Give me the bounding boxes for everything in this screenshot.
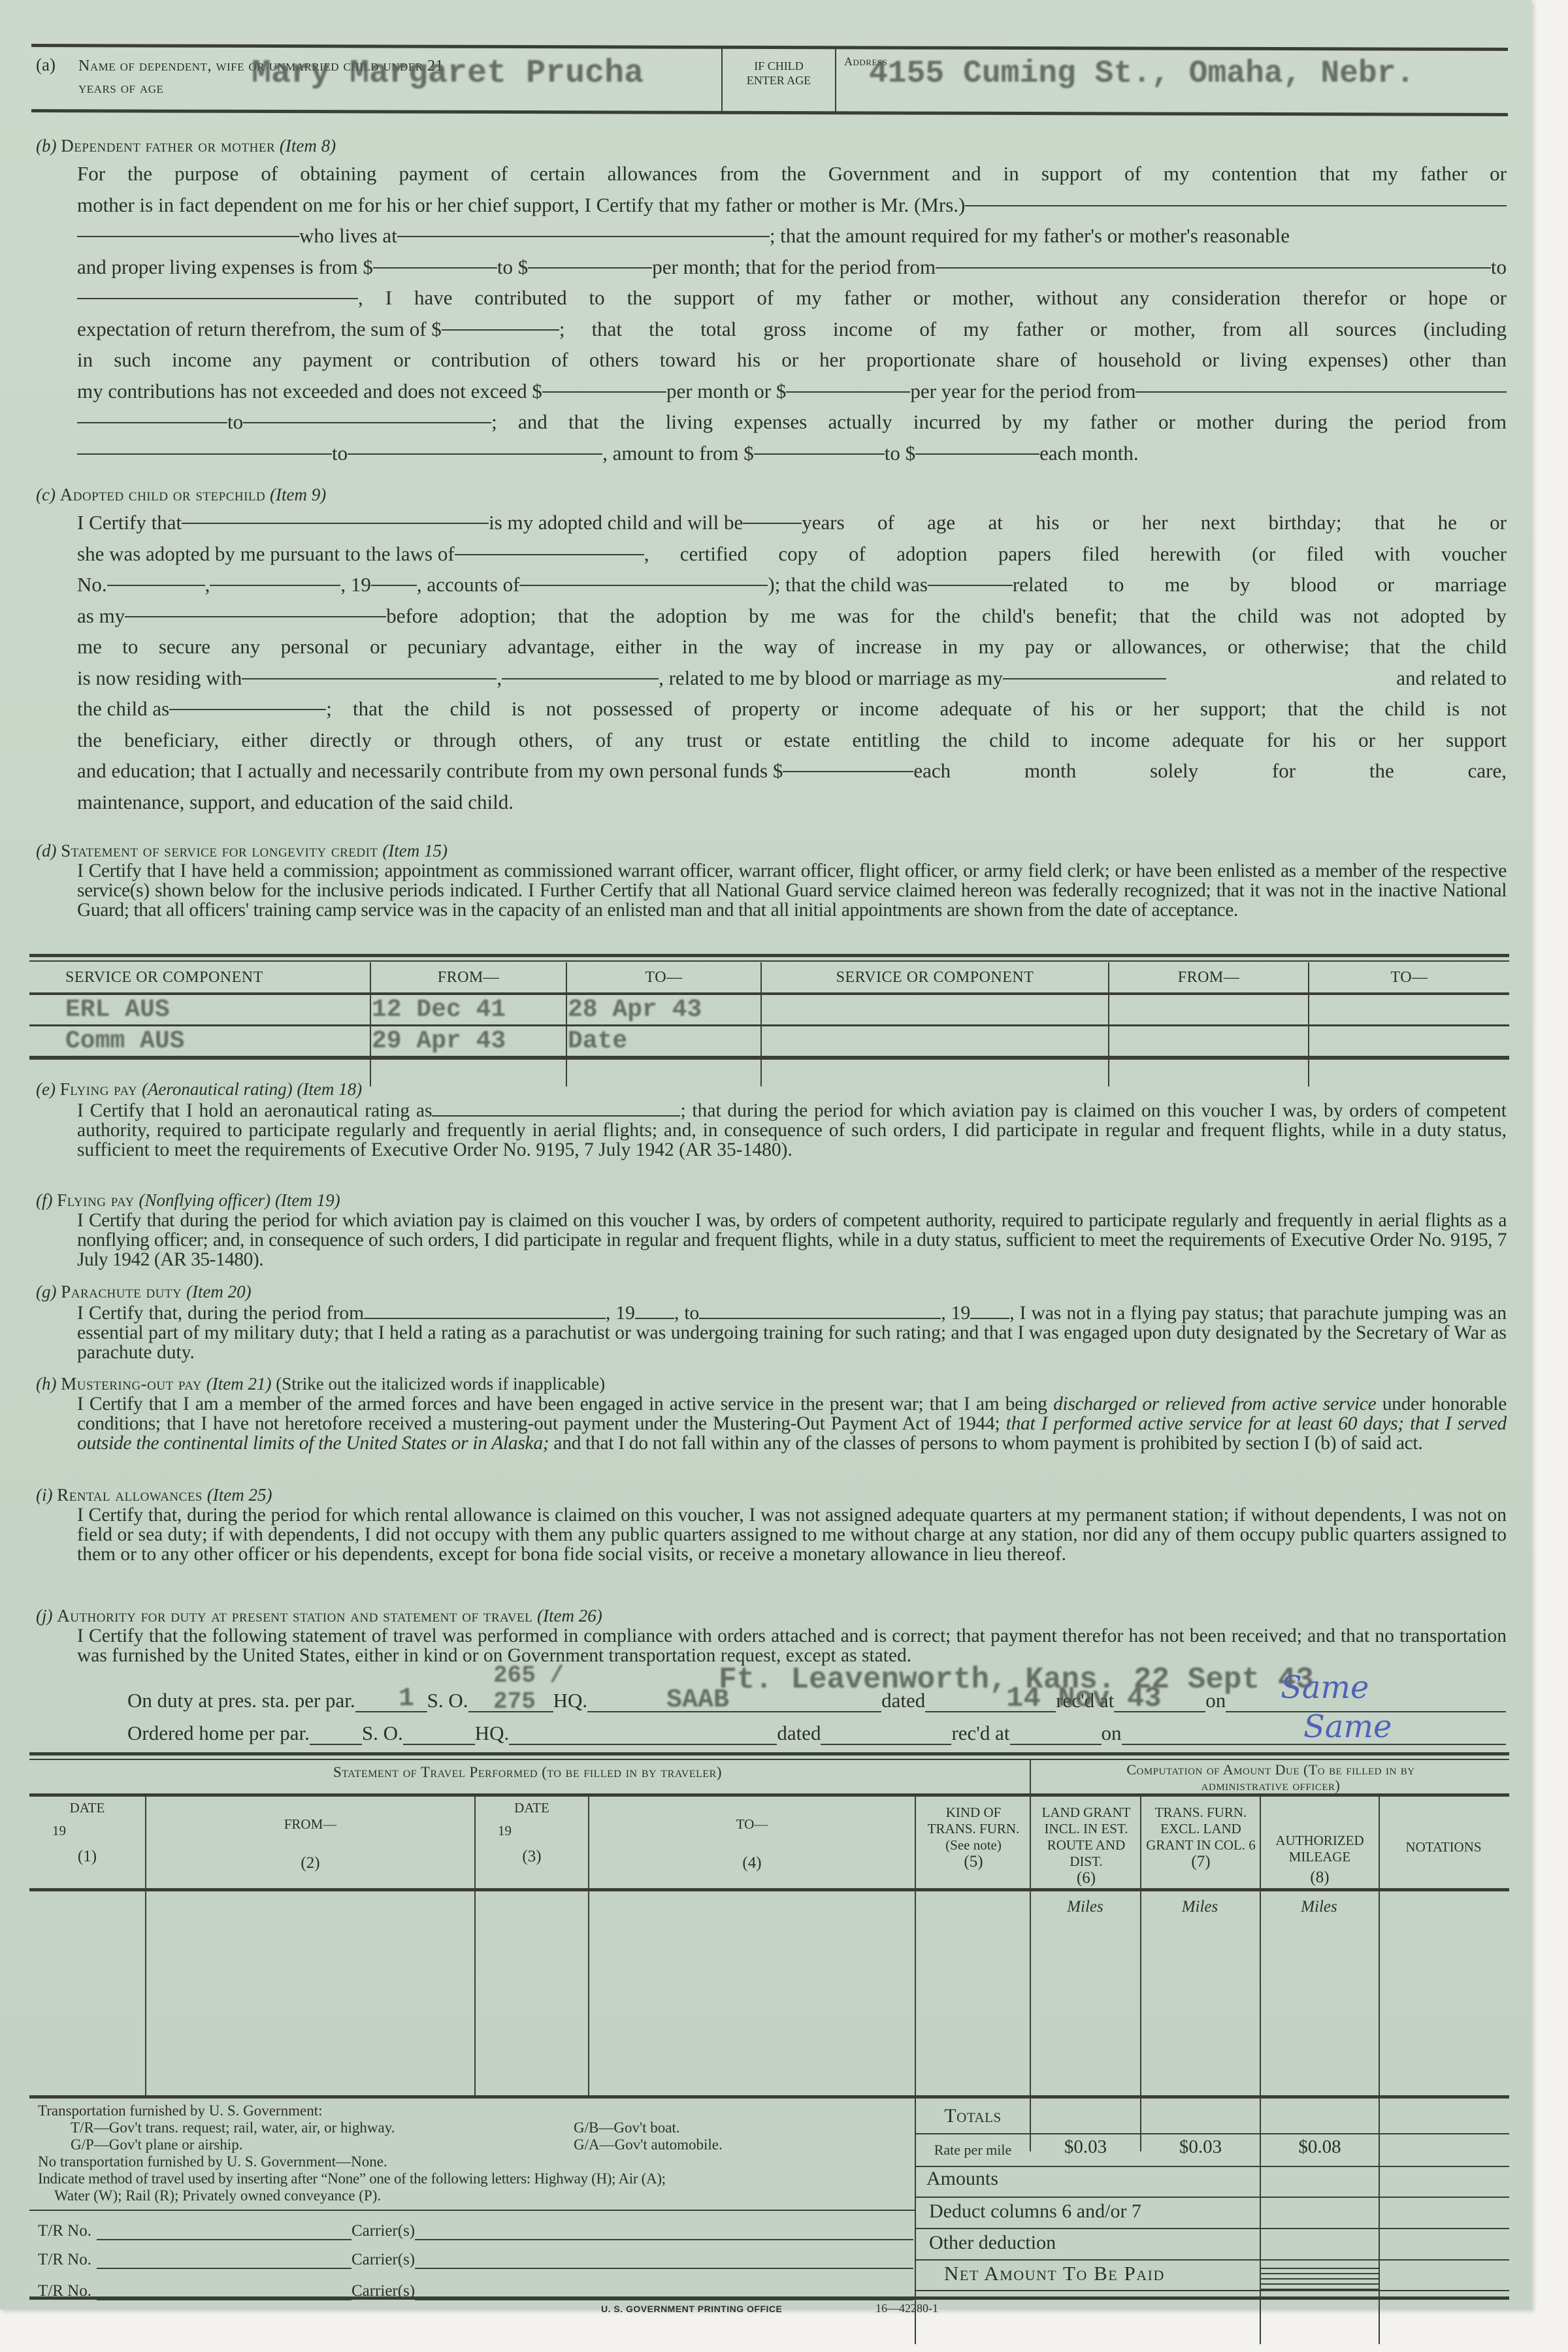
col1-year: 19 xyxy=(29,1823,145,1839)
section-c-text: the child as xyxy=(77,693,169,725)
section-b-line: expectation of return therefrom, the sum… xyxy=(77,314,1507,345)
divider xyxy=(915,2290,1509,2291)
section-c-letter: (c) xyxy=(36,485,56,504)
section-c-text: as my xyxy=(77,600,125,632)
section-c-line: the child as ; that the child is not pos… xyxy=(77,693,1507,725)
transport-note-none: No transportation furnished by U. S. Gov… xyxy=(38,2153,913,2170)
accounts-of-field[interactable] xyxy=(519,569,768,586)
parachute-to-year-field[interactable] xyxy=(970,1302,1009,1319)
section-i-header: (i) Rental allowances (Item 25) xyxy=(36,1485,272,1505)
section-h-text: I Certify that I am a member of the arme… xyxy=(77,1394,1053,1414)
transport-note-row: T/R—Gov't trans. request; rail, water, a… xyxy=(38,2119,913,2136)
child-age-field[interactable] xyxy=(732,85,830,108)
duty-par-value: 1 xyxy=(399,1684,414,1714)
section-b-text: and proper living expenses is from $ xyxy=(77,252,373,283)
col4-number: (4) xyxy=(589,1855,915,1871)
section-b-line: , I have contributed to the support of m… xyxy=(77,282,1507,314)
service-cell-2[interactable] xyxy=(761,1026,1109,1057)
parachute-to-field[interactable] xyxy=(699,1302,941,1319)
travel-statement-title: Statement of Travel Performed (to be fil… xyxy=(29,1764,1026,1781)
child-relation-field[interactable] xyxy=(928,569,1013,586)
to-cell-2[interactable] xyxy=(1309,1057,1509,1086)
col7-top: TRANS. FURN. EXCL. LAND GRANT IN COL. 6 xyxy=(1142,1805,1260,1854)
section-e-title: Flying pay xyxy=(60,1079,137,1099)
section-j-text: I Certify that the following statement o… xyxy=(77,1626,1507,1665)
section-b-line: mother is in fact dependent on me for hi… xyxy=(77,189,1507,221)
net-amount-label: Net Amount To Be Paid xyxy=(944,2262,1165,2285)
section-b-text: to xyxy=(227,406,243,438)
section-j-title: Authority for duty at present station an… xyxy=(57,1606,532,1625)
section-g-letter: (g) xyxy=(36,1282,56,1301)
section-g-text: , I was not in a flying pay xyxy=(1009,1303,1209,1324)
other-deduction-label: Other deduction xyxy=(929,2232,1056,2254)
section-b-line: in such income any payment or contributi… xyxy=(77,344,1507,376)
section-b-text: ; that the total gross income of my fath… xyxy=(559,314,1507,345)
section-b-line: to ; and that the living expenses actual… xyxy=(77,406,1507,438)
col5-header: KIND OF TRANS. FURN. (See note) (5) xyxy=(921,1805,1026,1870)
divider xyxy=(721,48,723,114)
section-f-title: Flying pay xyxy=(57,1190,134,1210)
section-c-title: Adopted child or stepchild xyxy=(60,485,266,504)
section-b-title: Dependent father or mother xyxy=(61,136,275,155)
adopted-child-name-field[interactable] xyxy=(182,507,489,524)
col4-header: TO— (4) xyxy=(589,1800,915,1871)
transport-code-gp: G/P—Gov't plane or airship. xyxy=(71,2136,574,2153)
tr-rows: T/R No. Carrier(s) T/R No. Carrier(s) T/… xyxy=(38,2212,913,2300)
tr-no-field[interactable] xyxy=(97,2252,351,2269)
home-recd-field[interactable] xyxy=(1010,1728,1102,1745)
home-hq-label: HQ. xyxy=(475,1722,510,1745)
section-h-header: (h) Mustering-out pay (Item 21) (Strike … xyxy=(36,1374,605,1394)
section-h-note: (Strike out the italicized words if inap… xyxy=(276,1374,605,1394)
transport-code-ga: G/A—Gov't automobile. xyxy=(574,2136,723,2153)
header-service-2: SERVICE OR COMPONENT xyxy=(761,962,1109,994)
section-c-line: me to secure any personal or pecuniary a… xyxy=(77,631,1507,662)
col8-top: AUTHORIZED MILEAGE xyxy=(1261,1833,1379,1865)
section-i-letter: (i) xyxy=(36,1485,52,1505)
from-cell-2[interactable] xyxy=(1109,994,1309,1026)
section-b-text: ; and that the living expenses actually … xyxy=(491,406,1507,438)
section-c-text: related to me by blood or marriage xyxy=(1013,569,1507,600)
computation-title-line1: Computation of Amount Due (To be filled … xyxy=(1126,1761,1414,1778)
col3-number: (3) xyxy=(476,1848,588,1865)
section-b-text: , I have contributed to the support of m… xyxy=(358,282,1507,314)
divider xyxy=(29,2210,915,2211)
section-c-text: , related to me by blood or marriage as … xyxy=(659,662,1003,694)
voucher-month-field[interactable] xyxy=(210,569,340,586)
notations-header: NOTATIONS xyxy=(1380,1839,1507,1855)
parent-address-field[interactable] xyxy=(397,220,770,237)
expense-from-field[interactable] xyxy=(373,252,497,269)
residing-with-2-field[interactable] xyxy=(502,662,659,679)
col5-top: KIND OF TRANS. FURN. (See note) xyxy=(921,1805,1026,1854)
rate-col6: $0.03 xyxy=(1031,2136,1140,2158)
header-to: TO— xyxy=(566,962,761,994)
income-per-year-field[interactable] xyxy=(786,376,910,393)
section-f-text: I Certify that during the period for whi… xyxy=(77,1211,1507,1269)
income-period-to-field[interactable] xyxy=(243,406,491,423)
printer-imprint: U. S. GOVERNMENT PRINTING OFFICE xyxy=(601,2304,782,2314)
home-on-label: on xyxy=(1102,1722,1122,1745)
carrier-label: Carrier(s) xyxy=(351,2251,415,2269)
section-j-item: (Item 26) xyxy=(537,1606,602,1625)
parent-name-field[interactable] xyxy=(965,189,1507,206)
section-g-title: Parachute duty xyxy=(61,1282,182,1301)
section-g-body: I Certify that, during the period from, … xyxy=(77,1302,1507,1362)
col2-header: FROM— (2) xyxy=(146,1800,474,1871)
service-row: Comm AUS 29 Apr 43 Date xyxy=(29,1026,1509,1057)
section-d-item: (Item 15) xyxy=(382,841,448,860)
section-h-text: and that I do not fall within any of the… xyxy=(549,1433,1422,1454)
section-c-text: before adoption; that the adoption by me… xyxy=(386,600,1507,632)
travel-entries-area[interactable] xyxy=(29,1891,1509,2094)
home-so-field[interactable] xyxy=(403,1728,475,1745)
section-b-item: (Item 8) xyxy=(280,136,336,155)
col3-year: 19 xyxy=(476,1823,588,1839)
section-f-header: (f) Flying pay (Nonflying officer) (Item… xyxy=(36,1190,340,1211)
transport-note: Transportation furnished by U. S. Govern… xyxy=(38,2102,913,2204)
home-recd-handwritten: Same xyxy=(1303,1708,1392,1745)
section-c-line: she was adopted by me pursuant to the la… xyxy=(77,538,1507,570)
transport-note-indicate: Indicate method of travel used by insert… xyxy=(38,2170,913,2187)
section-b-text: to $ xyxy=(885,438,915,469)
section-f-subtitle: (Nonflying officer) xyxy=(139,1190,270,1210)
service-cell[interactable]: ERL AUS xyxy=(29,994,370,1026)
section-i-title: Rental allowances xyxy=(57,1485,203,1505)
duty-hq-value: SAAB xyxy=(666,1686,729,1715)
income-period-from-field[interactable] xyxy=(1135,376,1507,393)
section-c-text: each month solely for the care, xyxy=(913,755,1507,787)
computation-title-line2: administrative officer) xyxy=(1201,1777,1341,1793)
carrier-field[interactable] xyxy=(415,2252,913,2269)
section-c-text: , xyxy=(205,569,210,600)
section-d-header: (d) Statement of service for longevity c… xyxy=(36,841,448,861)
col1-top: DATE xyxy=(29,1800,145,1816)
income-period-from-cont-field[interactable] xyxy=(77,406,227,423)
transport-note-line: Transportation furnished by U. S. Govern… xyxy=(38,2102,913,2119)
section-b-header: (b) Dependent father or mother (Item 8) xyxy=(36,136,336,156)
to-cell[interactable] xyxy=(566,1057,761,1086)
section-g-text: , to xyxy=(674,1303,699,1324)
from-cell[interactable]: 29 Apr 43 xyxy=(370,1026,566,1057)
living-amount-from-field[interactable] xyxy=(754,438,885,455)
tr-no-label: T/R No. xyxy=(38,2222,91,2240)
section-h-item: (Item 21) xyxy=(206,1374,272,1394)
living-period-to-field[interactable] xyxy=(348,438,602,455)
from-cell[interactable]: 12 Dec 41 xyxy=(370,994,566,1026)
child-age-label-line1: IF CHILD xyxy=(754,59,804,73)
col1-header: DATE 19 (1) xyxy=(29,1800,145,1865)
section-c-line: maintenance, support, and education of t… xyxy=(77,787,1507,818)
duty-dated-label: dated xyxy=(881,1689,925,1712)
section-b-text: per month or $ xyxy=(666,376,786,407)
duty-hq-field[interactable] xyxy=(587,1695,881,1712)
tr-no-field[interactable] xyxy=(97,2223,351,2240)
section-b-text: to $ xyxy=(497,252,528,283)
to-cell-2[interactable] xyxy=(1309,1026,1509,1057)
section-c-text: and related to xyxy=(1166,662,1507,694)
relation-before-adoption-field[interactable] xyxy=(125,600,386,617)
computation-title: Computation of Amount Due (To be filled … xyxy=(1032,1762,1509,1793)
section-c-text: , certified copy of adoption papers file… xyxy=(644,538,1507,570)
to-cell[interactable]: 28 Apr 43 xyxy=(566,994,761,1026)
transport-code-tr: T/R—Gov't trans. request; rail, water, a… xyxy=(71,2119,574,2136)
amounts-label: Amounts xyxy=(926,2168,998,2190)
divider xyxy=(29,1793,1509,1797)
section-c-line: I Certify that is my adopted child and w… xyxy=(77,507,1507,538)
carrier-label: Carrier(s) xyxy=(351,2222,415,2240)
period-to-field[interactable] xyxy=(77,282,358,299)
totals-label: Totals xyxy=(916,2105,1030,2127)
section-b-text: to xyxy=(332,438,348,469)
aeronautical-rating-field[interactable] xyxy=(432,1100,680,1117)
section-c-text: is my adopted child and will be xyxy=(489,507,743,538)
section-c-text: , accounts of xyxy=(417,569,520,600)
section-b-line: my contributions has not exceeded and do… xyxy=(77,376,1507,407)
section-e-subtitle: (Aeronautical rating) xyxy=(142,1079,293,1099)
section-b-line: For the purpose of obtaining payment of … xyxy=(77,158,1507,189)
section-e-body: I Certify that I hold an aeronautical ra… xyxy=(77,1100,1507,1160)
divider xyxy=(29,2095,1509,2099)
section-b-text: per month; that for the period from xyxy=(652,252,936,283)
col1-number: (1) xyxy=(29,1848,145,1865)
divider xyxy=(29,1752,1509,1756)
section-b-text: expectation of return therefrom, the sum… xyxy=(77,314,442,345)
section-b-text: each month. xyxy=(1039,438,1139,469)
home-par-field[interactable] xyxy=(310,1728,362,1745)
section-b-text: my contributions has not exceeded and do… xyxy=(77,376,542,407)
section-e-text: I Certify that I hold an aeronautical ra… xyxy=(77,1100,432,1121)
duty-on-label: on xyxy=(1205,1689,1226,1712)
section-c-text: , 19 xyxy=(340,569,371,600)
transport-code-gb: G/B—Gov't boat. xyxy=(574,2119,680,2136)
voucher-no-field[interactable] xyxy=(107,569,205,586)
section-j-letter: (j) xyxy=(36,1606,52,1625)
section-c-text: I Certify that xyxy=(77,507,182,538)
net-amount-box[interactable] xyxy=(1261,2264,1379,2290)
section-b-body: For the purpose of obtaining payment of … xyxy=(77,158,1507,468)
period-from-field[interactable] xyxy=(936,252,1491,269)
section-h-letter: (h) xyxy=(36,1374,56,1394)
divider xyxy=(835,48,836,114)
duty-dated-value: 14 Nov 43 xyxy=(1006,1682,1162,1715)
section-c-header: (c) Adopted child or stepchild (Item 9) xyxy=(36,485,326,505)
address-field[interactable]: 4155 Cuming St., Omaha, Nebr. xyxy=(869,56,1414,91)
divider xyxy=(1030,1760,1031,1794)
from-cell-2[interactable] xyxy=(1109,1026,1309,1057)
section-c-line: No. , , 19 , accounts of ); that the chi… xyxy=(77,569,1507,600)
section-c-line: as my before adoption; that the adoption… xyxy=(77,600,1507,632)
voucher-form-page: (a) Name of dependent, wife or unmarried… xyxy=(0,0,1532,2310)
divider xyxy=(29,2296,1509,2300)
service-table-header: SERVICE OR COMPONENT FROM— TO— SERVICE O… xyxy=(29,962,1509,994)
col5-number: (5) xyxy=(921,1854,1026,1870)
col3-top: DATE xyxy=(476,1800,588,1816)
carrier-field[interactable] xyxy=(415,2223,913,2240)
dependent-name-field[interactable]: Mary Margaret Prucha xyxy=(252,55,644,92)
related-to-child-field[interactable] xyxy=(169,693,326,710)
section-c-text: ); that the child was xyxy=(768,569,928,600)
section-g-text: , 19 xyxy=(941,1303,970,1324)
col7-header: TRANS. FURN. EXCL. LAND GRANT IN COL. 6 … xyxy=(1142,1805,1260,1870)
rate-col7: $0.03 xyxy=(1141,2136,1260,2158)
section-b-text: mother is in fact dependent on me for hi… xyxy=(77,189,965,221)
col8-header: AUTHORIZED MILEAGE (8) xyxy=(1261,1833,1379,1886)
section-d-title: Statement of service for longevity credi… xyxy=(61,841,378,860)
residing-relation-field[interactable] xyxy=(1003,662,1166,679)
service-cell-2[interactable] xyxy=(761,994,1109,1026)
living-amount-to-field[interactable] xyxy=(915,438,1039,455)
living-period-from-field[interactable] xyxy=(77,438,332,455)
header-to-2: TO— xyxy=(1309,962,1509,994)
tr-row: T/R No. Carrier(s) xyxy=(38,2269,913,2300)
duty-par-field[interactable] xyxy=(355,1695,427,1712)
section-h-title: Mustering-out pay xyxy=(61,1374,202,1394)
section-c-text: No. xyxy=(77,569,107,600)
section-c-body: I Certify that is my adopted child and w… xyxy=(77,507,1507,817)
section-b-text: , amount to from $ xyxy=(602,438,754,469)
service-table: SERVICE OR COMPONENT FROM— TO— SERVICE O… xyxy=(29,962,1509,1086)
section-c-item: (Item 9) xyxy=(270,485,326,504)
col6-header: LAND GRANT INCL. IN EST. ROUTE AND DIST.… xyxy=(1032,1805,1140,1886)
section-b-letter: (b) xyxy=(36,136,56,155)
col2-number: (2) xyxy=(146,1855,474,1871)
section-c-text: and education; that I actually and neces… xyxy=(77,755,783,787)
home-recd-label: rec'd at xyxy=(951,1722,1009,1745)
divider xyxy=(29,954,1509,957)
service-cell[interactable]: Comm AUS xyxy=(29,1026,370,1057)
section-b-text: per year for the period from xyxy=(910,376,1135,407)
duty-so-label: S. O. xyxy=(427,1689,468,1712)
divider xyxy=(915,2259,1509,2261)
section-c-text: , xyxy=(497,662,502,694)
section-d-text: I Certify that I have held a commission;… xyxy=(77,861,1507,920)
home-hq-field[interactable] xyxy=(509,1728,777,1745)
expense-to-field[interactable] xyxy=(528,252,652,269)
section-c-line: and education; that I actually and neces… xyxy=(77,755,1507,787)
section-a-letter: (a) xyxy=(36,55,56,75)
section-h-body: I Certify that I am a member of the arme… xyxy=(77,1394,1507,1453)
divider xyxy=(915,2166,1509,2167)
section-e-letter: (e) xyxy=(36,1079,56,1099)
home-par-label: Ordered home per par. xyxy=(127,1722,310,1745)
section-g-text: I Certify that, during the period from xyxy=(77,1303,364,1324)
service-row: ERL AUS 12 Dec 41 28 Apr 43 xyxy=(29,994,1509,1026)
header-service: SERVICE OR COMPONENT xyxy=(29,962,370,994)
divider xyxy=(915,2228,1509,2229)
header-from-2: FROM— xyxy=(1109,962,1309,994)
home-dated-field[interactable] xyxy=(821,1728,951,1745)
home-so-label: S. O. xyxy=(362,1722,403,1745)
section-j-header: (j) Authority for duty at present statio… xyxy=(36,1606,602,1626)
section-b-text: who lives at xyxy=(299,220,397,252)
contribution-sum-field[interactable] xyxy=(442,314,559,331)
tr-row: T/R No. Carrier(s) xyxy=(38,2212,913,2240)
col6-number: (6) xyxy=(1032,1870,1140,1886)
divider xyxy=(915,2197,1509,2198)
section-c-text: she was adopted by me pursuant to the la… xyxy=(77,538,455,570)
section-b-line: and proper living expenses is from $ to … xyxy=(77,252,1507,283)
section-f-letter: (f) xyxy=(36,1190,52,1210)
home-orders-row: Ordered home per par. S. O. HQ. dated re… xyxy=(127,1722,1506,1745)
service-cell-2[interactable] xyxy=(761,1057,1109,1086)
parachute-from-field[interactable] xyxy=(364,1302,606,1319)
section-b-text: ; that the amount required for my father… xyxy=(770,220,1507,252)
section-c-text: ; that the child is not possessed of pro… xyxy=(326,693,1507,725)
divider xyxy=(31,44,1508,51)
tr-row: T/R No. Carrier(s) xyxy=(38,2240,913,2269)
duty-so-value: 265 / 275 xyxy=(493,1663,585,1715)
col7-number: (7) xyxy=(1142,1854,1260,1870)
to-cell-2[interactable] xyxy=(1309,994,1509,1026)
section-i-text: I Certify that, during the period for wh… xyxy=(77,1505,1507,1564)
deduct-label: Deduct columns 6 and/or 7 xyxy=(929,2200,1141,2223)
adopted-child-age-field[interactable] xyxy=(743,507,802,524)
section-d-letter: (d) xyxy=(36,841,56,860)
section-b-line: to , amount to from $ to $ each month. xyxy=(77,438,1507,469)
parent-name-cont-field[interactable] xyxy=(77,220,299,237)
section-e-item: (Item 18) xyxy=(297,1079,362,1099)
divider xyxy=(29,1759,1509,1760)
col2-label: FROM— xyxy=(146,1816,474,1833)
section-g-text: , 19 xyxy=(606,1303,635,1324)
section-c-line: is now residing with , , related to me b… xyxy=(77,662,1507,694)
divider xyxy=(915,2133,1509,2134)
section-c-line: the beneficiary, either directly or thro… xyxy=(77,725,1507,756)
section-h-italic: discharged or relieved from active servi… xyxy=(1053,1394,1376,1414)
child-age-label: IF CHILD ENTER AGE xyxy=(724,59,834,88)
section-c-text: is now residing with xyxy=(77,662,242,694)
col4-label: TO— xyxy=(589,1816,915,1833)
section-g-header: (g) Parachute duty (Item 20) xyxy=(36,1282,252,1302)
to-cell[interactable]: Date xyxy=(566,1026,761,1057)
duty-par-label: On duty at pres. sta. per par. xyxy=(127,1689,355,1712)
section-i-item: (Item 25) xyxy=(207,1485,272,1505)
section-f-item: (Item 19) xyxy=(275,1190,340,1210)
income-per-month-field[interactable] xyxy=(542,376,666,393)
section-e-header: (e) Flying pay (Aeronautical rating) (It… xyxy=(36,1079,362,1100)
transport-note-row: G/P—Gov't plane or airship. G/A—Gov't au… xyxy=(38,2136,913,2153)
rate-label: Rate per mile xyxy=(916,2142,1030,2159)
parachute-from-year-field[interactable] xyxy=(635,1302,674,1319)
duty-recd-handwritten: Same xyxy=(1281,1669,1369,1706)
form-number: 16—42280-1 xyxy=(875,2302,938,2315)
section-b-line: who lives at ; that the amount required … xyxy=(77,220,1507,252)
dependent-name-label-line2: years of age xyxy=(78,80,163,97)
personal-funds-field[interactable] xyxy=(783,755,913,772)
col3-header: DATE 19 (3) xyxy=(476,1800,588,1865)
adoption-laws-field[interactable] xyxy=(455,538,644,555)
col8-number: (8) xyxy=(1261,1869,1379,1886)
section-c-text: years of age at his or her next birthday… xyxy=(802,507,1507,538)
tr-no-label: T/R No. xyxy=(38,2251,91,2269)
section-g-item: (Item 20) xyxy=(186,1282,252,1301)
rate-col8: $0.08 xyxy=(1261,2136,1379,2158)
home-dated-label: dated xyxy=(777,1722,821,1745)
residing-with-field[interactable] xyxy=(242,662,497,679)
divider xyxy=(31,109,1508,116)
voucher-year-field[interactable] xyxy=(371,569,417,586)
section-b-text: to xyxy=(1491,252,1507,283)
divider xyxy=(29,960,1509,962)
col6-top: LAND GRANT INCL. IN EST. ROUTE AND DIST. xyxy=(1032,1805,1140,1870)
transport-note-indicate: Water (W); Rail (R); Privately owned con… xyxy=(38,2187,913,2204)
from-cell[interactable] xyxy=(370,1057,566,1086)
from-cell-2[interactable] xyxy=(1109,1057,1309,1086)
header-from: FROM— xyxy=(370,962,566,994)
